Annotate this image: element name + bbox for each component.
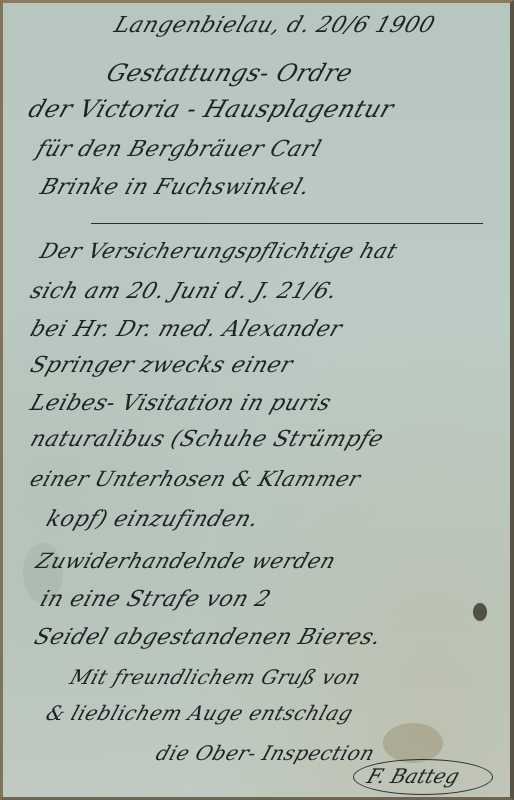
text-line: Zuwiderhandelnde werden [33,549,339,573]
text-line: der Victoria - Hausplagentur [25,95,398,123]
text-line: für den Bergbräuer Carl [33,137,324,162]
text-line: Springer zwecks einer [27,353,296,378]
text-line: in eine Strafe von 2 [37,587,274,612]
foxing-stain [383,723,443,763]
signature: F. Batteg [364,764,463,788]
signature-flourish: F. Batteg [353,759,493,795]
text-line: die Ober- Inspection [153,741,378,765]
document-title: Gestattungs- Ordre [103,59,357,87]
text-line: bei Hr. Dr. med. Alexander [27,317,345,342]
text-line: naturalibus (Schuhe Strümpfe [27,427,387,452]
text-line: kopf) einzufinden. [43,507,262,532]
text-line: Der Versicherungspflichtige hat [37,239,401,263]
text-line: sich am 20. Juni d. J. 21/6. [27,279,341,304]
divider-rule [91,223,483,224]
text-line: & lieblichem Auge entschlag [43,701,356,725]
postcard: Langenbielau, d. 20/6 1900 Gestattungs- … [0,0,514,800]
text-line: Leibes- Visitation in puris [27,391,335,416]
place-date-line: Langenbielau, d. 20/6 1900 [111,13,438,38]
text-line: Brinke in Fuchswinkel. [37,175,313,200]
text-line: Seidel abgestandenen Bieres. [31,625,385,650]
text-line: einer Unterhosen & Klammer [27,467,364,491]
text-line: Mit freundlichem Gruß von [67,665,364,689]
ink-blot [473,603,487,621]
